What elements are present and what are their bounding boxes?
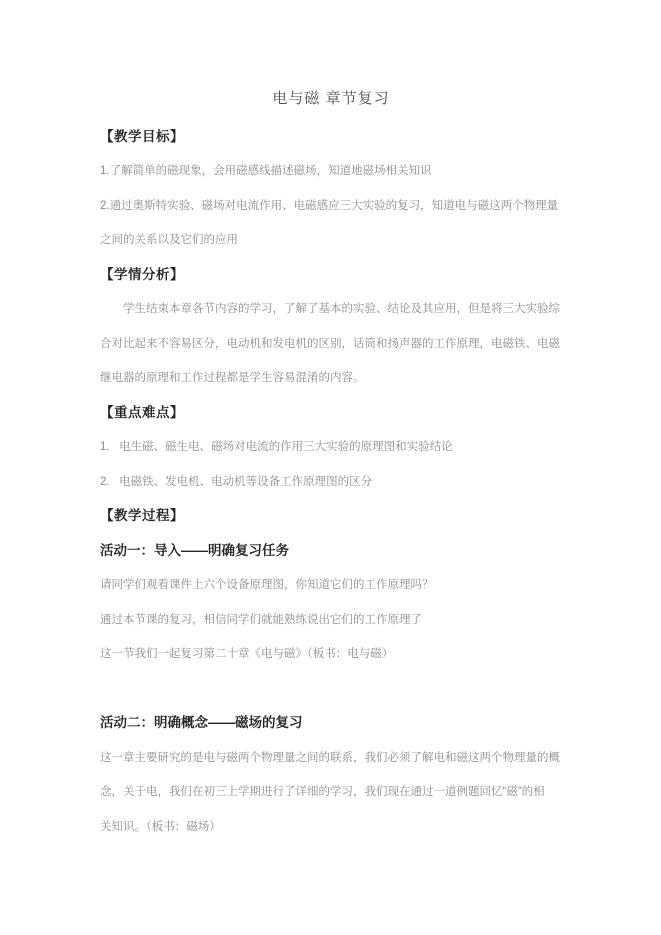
section-heading-teaching-process: 【教学过程】 [100, 499, 562, 534]
paragraph-line: 这一章主要研究的是电与磁两个物理量之间的联系，我们必须了解电和磁这两个物理量的概 [100, 741, 562, 776]
list-item: 1. 电生磁、磁生电、磁场对电流的作用三大实验的原理图和实验结论 [100, 430, 562, 465]
paragraph-line: 2.通过奥斯特实验、磁场对电流作用、电磁感应三大实验的复习，知道电与磁这两个物理… [100, 189, 562, 224]
paragraph-line: 通过本节课的复习，相信同学们就能熟练说出它们的工作原理了 [100, 603, 562, 638]
paragraph-line: 之间的关系以及它们的应用 [100, 223, 562, 258]
activity-two-heading: 活动二：明确概念——磁场的复习 [100, 706, 562, 741]
paragraph-line: 念，关于电，我们在初三上学期进行了详细的学习，我们现在通过一道例题回忆“磁”的相 [100, 775, 562, 810]
list-item: 2. 电磁铁、发电机、电动机等设备工作原理图的区分 [100, 465, 562, 500]
document-title: 电与磁 章节复习 [100, 85, 562, 120]
paragraph-line: 继电器的原理和工作过程都是学生容易混淆的内容。 [100, 361, 562, 396]
blank-line [100, 672, 562, 707]
paragraph-line: 学生结束本章各节内容的学习，了解了基本的实验、结论及其应用，但是将三大实验综 [100, 292, 562, 327]
document-content: 电与磁 章节复习 【教学目标】 1.了解简单的磁现象，会用磁感线描述磁场，知道地… [100, 85, 562, 844]
paragraph-line: 这一节我们一起复习第二十章《电与磁》（板书：电与磁） [100, 637, 562, 672]
section-heading-learner-analysis: 【学情分析】 [100, 258, 562, 293]
paragraph-line: 关知识。（板书：磁场） [100, 810, 562, 845]
paragraph-line: 1.了解简单的磁现象，会用磁感线描述磁场，知道地磁场相关知识 [100, 154, 562, 189]
activity-one-heading: 活动一：导入——明确复习任务 [100, 534, 562, 569]
document-page: 电与磁 章节复习 【教学目标】 1.了解简单的磁现象，会用磁感线描述磁场，知道地… [0, 0, 661, 935]
paragraph-line: 请同学们观看课件上六个设备原理图，你知道它们的工作原理吗？ [100, 568, 562, 603]
paragraph-line: 合对比起来不容易区分，电动机和发电机的区别，话筒和扬声器的工作原理，电磁铁、电磁 [100, 327, 562, 362]
section-heading-objectives: 【教学目标】 [100, 120, 562, 155]
section-heading-key-difficulties: 【重点难点】 [100, 396, 562, 431]
